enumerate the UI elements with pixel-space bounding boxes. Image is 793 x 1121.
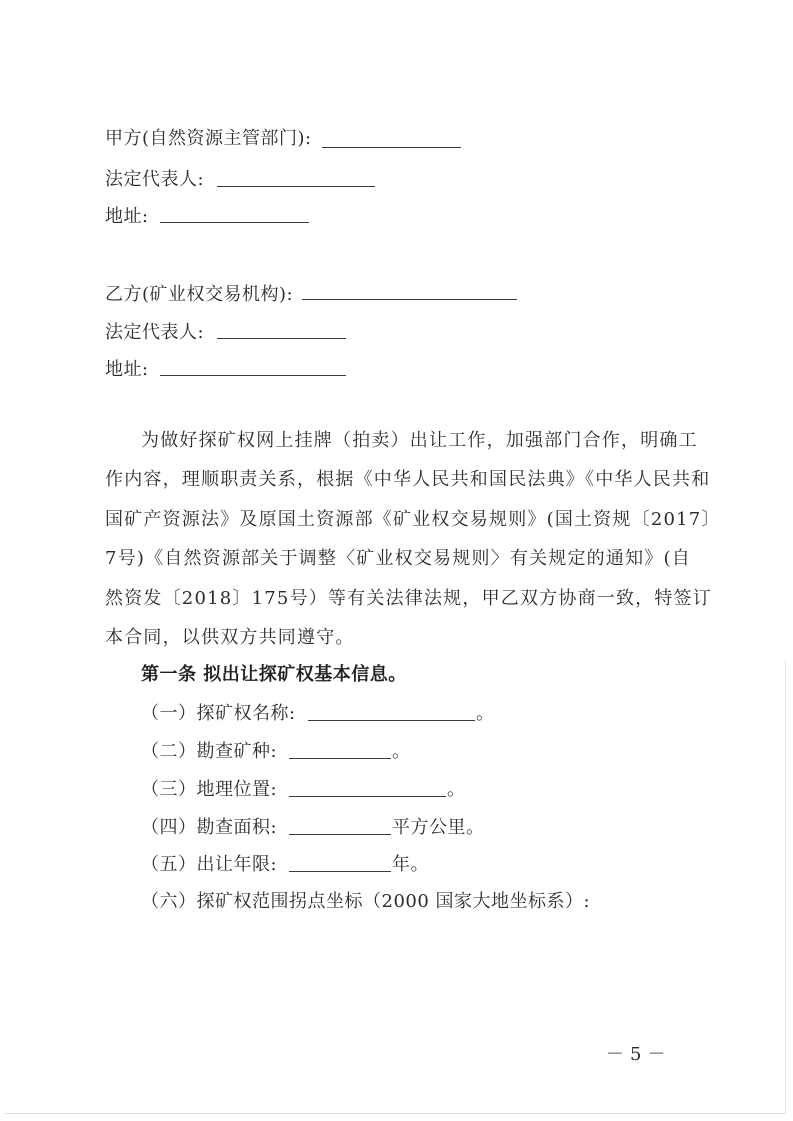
article-1-heading: 第一条 拟出让探矿权基本信息。 <box>141 663 407 687</box>
item-suffix: 。 <box>476 702 495 726</box>
page-number: －5－ <box>606 1043 671 1067</box>
area-field[interactable] <box>289 834 391 835</box>
item-label: （四）勘查面积: <box>141 816 277 840</box>
party-a-representative-label: 法定代表人: <box>105 168 204 192</box>
scan-edge-right <box>785 660 786 1114</box>
item-suffix: 年。 <box>392 853 429 877</box>
party-a-address-label: 地址: <box>105 205 149 229</box>
preamble-line: 为做好探矿权网上挂牌（拍卖）出让工作，加强部门合作，明确工 <box>141 429 726 453</box>
party-b-title-field[interactable] <box>302 299 517 300</box>
preamble-line: 本合同，以供双方共同遵守。 <box>105 626 690 650</box>
item-suffix: 。 <box>392 740 411 764</box>
preamble-line: 国矿产资源法》及原国土资源部《矿业权交易规则》(国土资规〔2017〕 <box>105 508 690 532</box>
item-label: （二）勘查矿种: <box>141 740 277 764</box>
mineral-type-field[interactable] <box>289 758 391 759</box>
item-suffix: 。 <box>447 778 466 802</box>
party-a-representative-field[interactable] <box>217 186 375 187</box>
mining-right-name-field[interactable] <box>308 720 475 721</box>
preamble-line: 作内容，理顺职责关系，根据《中华人民共和国民法典》《中华人民共和 <box>105 468 690 492</box>
party-b-representative-label: 法定代表人: <box>105 321 204 345</box>
preamble-line: 然资发〔2018〕175号）等有关法律法规，甲乙双方协商一致，特签订 <box>105 587 690 611</box>
preamble-line: 7号)《自然资源部关于调整〈矿业权交易规则〉有关规定的通知》(自 <box>105 547 690 571</box>
scan-edge-bottom <box>4 1113 786 1114</box>
party-a-title-field[interactable] <box>322 147 461 148</box>
term-field[interactable] <box>289 871 391 872</box>
item-label: （五）出让年限: <box>141 853 277 877</box>
location-field[interactable] <box>289 796 446 797</box>
party-b-address-field[interactable] <box>160 375 346 376</box>
item-label: （三）地理位置: <box>141 778 277 802</box>
party-a-address-field[interactable] <box>160 222 309 223</box>
item-label: （六）探矿权范围拐点坐标（2000 国家大地坐标系）: <box>141 890 590 914</box>
party-a-title: 甲方(自然资源主管部门): <box>105 127 312 151</box>
document-page: 甲方(自然资源主管部门): 法定代表人: 地址: 乙方(矿业权交易机构): 法定… <box>0 0 793 1121</box>
party-b-title: 乙方(矿业权交易机构): <box>105 283 293 307</box>
item-suffix: 平方公里。 <box>392 816 485 840</box>
party-b-representative-field[interactable] <box>217 338 346 339</box>
party-b-address-label: 地址: <box>105 358 149 382</box>
item-label: （一）探矿权名称: <box>141 702 296 726</box>
